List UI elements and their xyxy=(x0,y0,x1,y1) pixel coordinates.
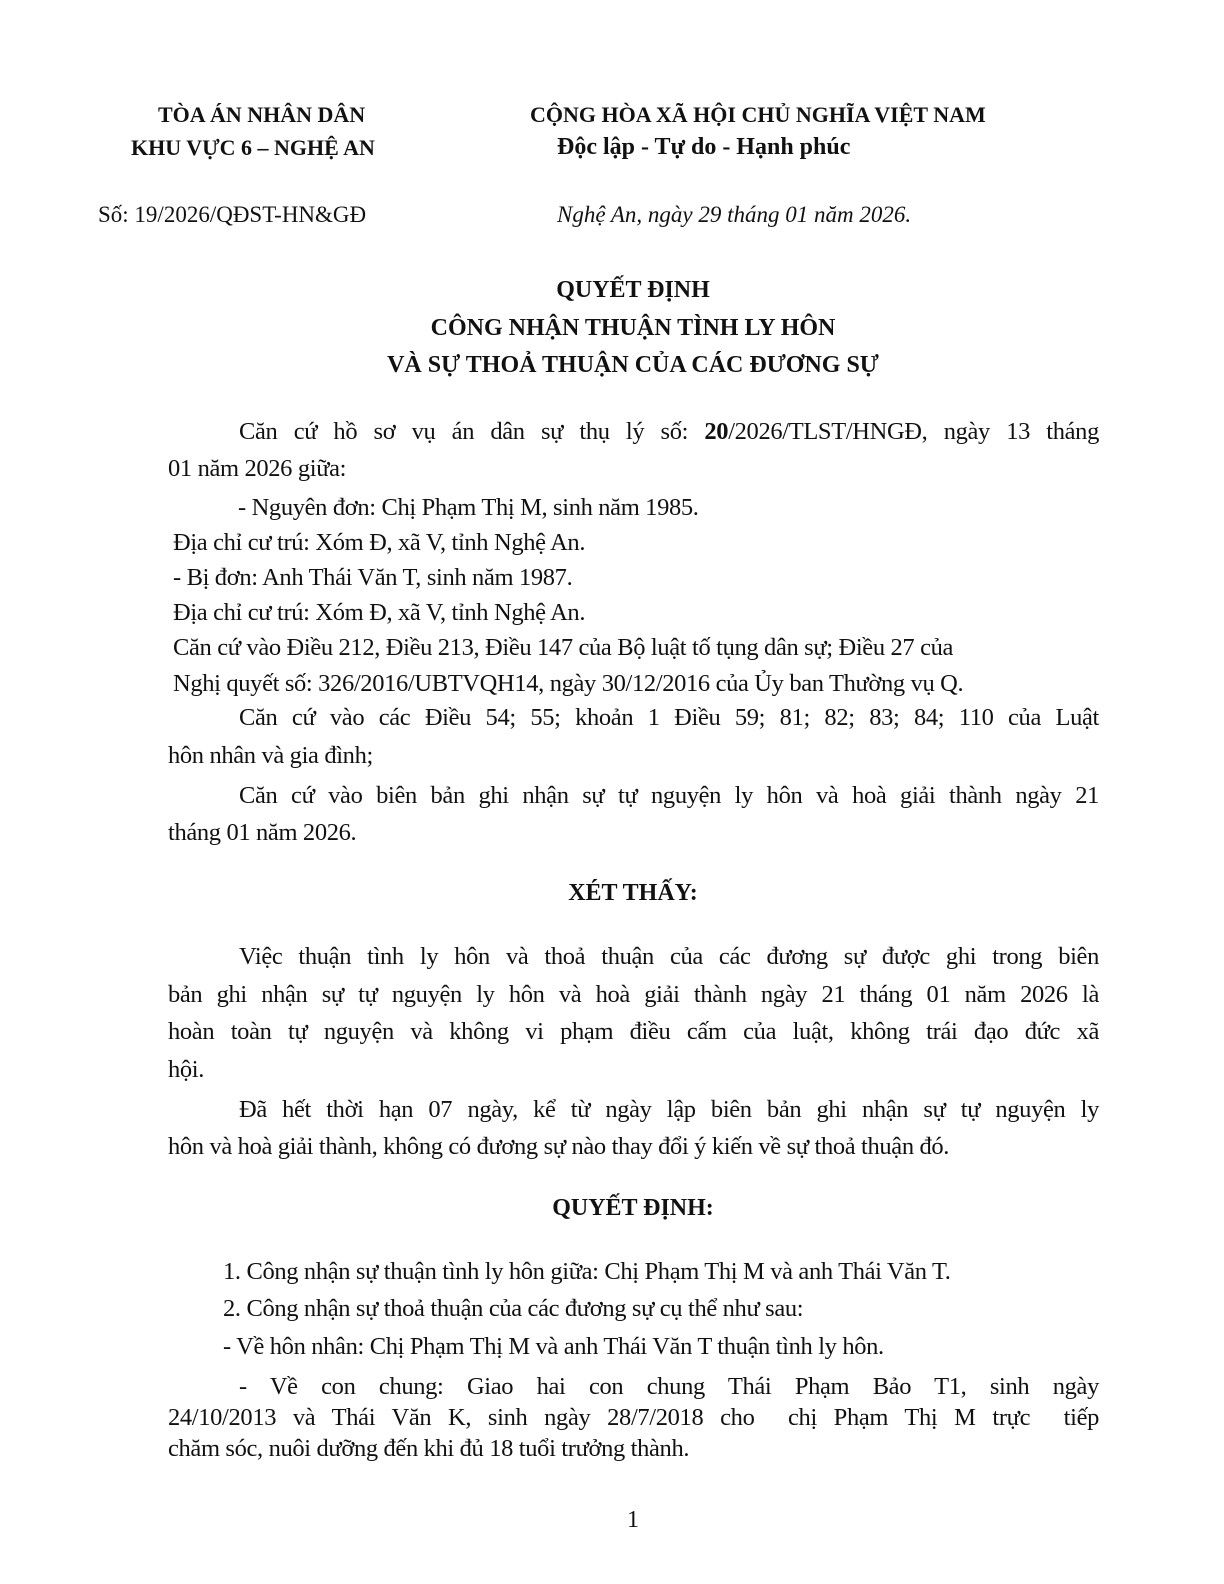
court-name-line2: KHU VỰC 6 – NGHỆ AN xyxy=(131,135,375,161)
findings-para1-line3: hoàn toàn tự nguyện và không vi phạm điề… xyxy=(168,1018,1099,1046)
national-motto: Độc lập - Tự do - Hạnh phúc xyxy=(557,134,850,161)
reconciliation-record-line1: Căn cứ vào biên bản ghi nhận sự tự nguyệ… xyxy=(168,782,1099,810)
findings-heading: XÉT THẤY: xyxy=(0,880,1224,907)
findings-para2-line2: hôn và hoà giải thành, không có đương sự… xyxy=(168,1133,949,1161)
case-number: 20 xyxy=(704,418,728,445)
case-reference-line2: 01 năm 2026 giữa: xyxy=(168,455,346,483)
procedural-law-basis-line1: Căn cứ vào Điều 212, Điều 213, Điều 147 … xyxy=(173,634,953,662)
marriage-law-basis-line2: hôn nhân và gia đình; xyxy=(168,742,373,770)
marriage-law-basis-line1: Căn cứ vào các Điều 54; 55; khoản 1 Điều… xyxy=(168,704,1099,732)
document-number: Số: 19/2026/QĐST-HN&GĐ xyxy=(98,202,366,228)
plaintiff-address: Địa chỉ cư trú: Xóm Đ, xã V, tỉnh Nghệ A… xyxy=(173,529,585,557)
court-name-line1: TÒA ÁN NHÂN DÂN xyxy=(158,102,365,128)
document-title: QUYẾT ĐỊNH xyxy=(0,277,1224,304)
decision-heading: QUYẾT ĐỊNH: xyxy=(0,1195,1224,1222)
findings-para2-line1: Đã hết thời hạn 07 ngày, kể từ ngày lập … xyxy=(168,1096,1099,1124)
national-title: CỘNG HÒA XÃ HỘI CHỦ NGHĨA VIỆT NAM xyxy=(530,102,986,128)
place-and-date: Nghệ An, ngày 29 tháng 01 năm 2026. xyxy=(557,202,911,228)
decision-marriage: - Về hôn nhân: Chị Phạm Thị M và anh Thá… xyxy=(223,1333,884,1361)
defendant: - Bị đơn: Anh Thái Văn T, sinh năm 1987. xyxy=(173,564,572,592)
decision-item-1: 1. Công nhận sự thuận tình ly hôn giữa: … xyxy=(223,1258,951,1286)
decision-children-line1: - Về con chung: Giao hai con chung Thái … xyxy=(168,1373,1099,1401)
procedural-law-basis-line2: Nghị quyết số: 326/2016/UBTVQH14, ngày 3… xyxy=(173,670,963,698)
findings-para1-line4: hội. xyxy=(168,1056,204,1084)
document-subtitle-line1: CÔNG NHẬN THUẬN TÌNH LY HÔN xyxy=(0,315,1224,342)
findings-para1-line2: bản ghi nhận sự tự nguyện ly hôn và hoà … xyxy=(168,981,1099,1009)
plaintiff: - Nguyên đơn: Chị Phạm Thị M, sinh năm 1… xyxy=(238,494,699,522)
decision-children-line2: 24/10/2013 và Thái Văn K, sinh ngày 28/7… xyxy=(168,1404,1099,1432)
page-number: 1 xyxy=(0,1507,1224,1534)
decision-children-line3: chăm sóc, nuôi dưỡng đến khi đủ 18 tuổi … xyxy=(168,1435,689,1463)
findings-para1-line1: Việc thuận tình ly hôn và thoả thuận của… xyxy=(168,943,1099,971)
reconciliation-record-line2: tháng 01 năm 2026. xyxy=(168,819,356,847)
decision-item-2: 2. Công nhận sự thoả thuận của các đương… xyxy=(223,1295,803,1323)
document-subtitle-line2: VÀ SỰ THOẢ THUẬN CỦA CÁC ĐƯƠNG SỰ xyxy=(0,352,1224,379)
defendant-address: Địa chỉ cư trú: Xóm Đ, xã V, tỉnh Nghệ A… xyxy=(173,599,585,627)
case-reference-line1: Căn cứ hồ sơ vụ án dân sự thụ lý số: 20/… xyxy=(168,418,1099,446)
